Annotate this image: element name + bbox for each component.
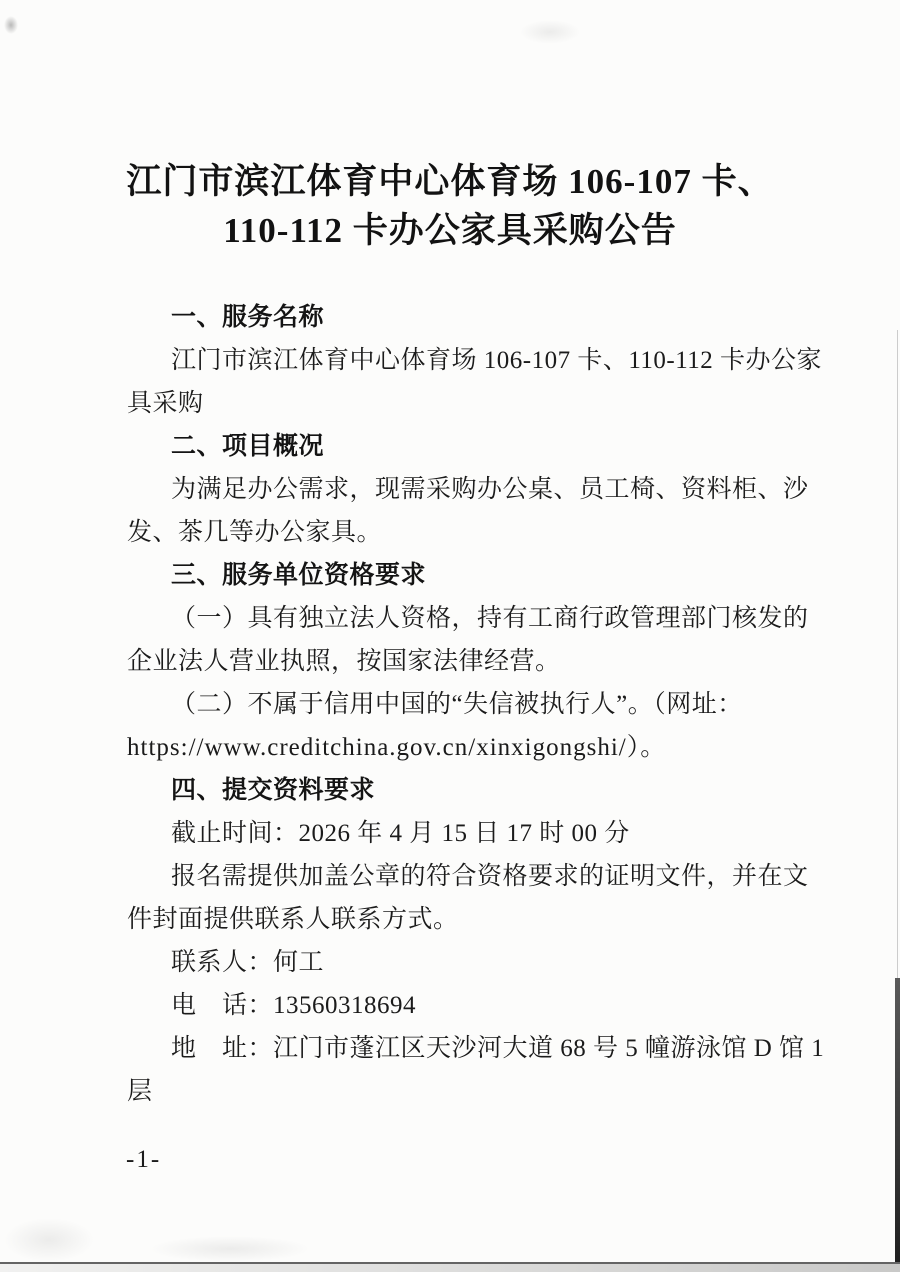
- scanned-document-page: 江门市滨江体育中心体育场 106-107 卡、 110-112 卡办公家具采购公…: [0, 0, 900, 1272]
- section-heading-service-name: 一、服务名称: [127, 296, 795, 339]
- scan-right-edge-hairline: [897, 330, 898, 980]
- page-number: -1-: [126, 1145, 161, 1175]
- service-name-text-line-1: 江门市滨江体育中心体育场 106-107 卡、110-112 卡办公家: [127, 339, 795, 382]
- contact-address-line-1: 地 址：江门市蓬江区天沙河大道 68 号 5 幢游泳馆 D 馆 1: [127, 1027, 795, 1070]
- scan-smudge: [4, 16, 18, 34]
- scan-right-edge-shadow: [895, 978, 900, 1264]
- section-heading-project-overview: 二、项目概况: [127, 425, 795, 468]
- document-title-line-1: 江门市滨江体育中心体育场 106-107 卡、: [0, 157, 900, 206]
- qualification-item-1-line-1: （一）具有独立法人资格，持有工商行政管理部门核发的: [127, 597, 795, 640]
- contact-phone-text: 电 话：13560318694: [127, 984, 795, 1027]
- scan-smudge: [4, 1218, 94, 1262]
- scan-smudge: [150, 1236, 310, 1262]
- submission-requirement-line-1: 报名需提供加盖公章的符合资格要求的证明文件，并在文: [127, 855, 795, 898]
- qualification-item-2-line-1: （二）不属于信用中国的“失信被执行人”。（网址：: [127, 683, 795, 726]
- contact-address-line-2: 层: [127, 1070, 795, 1113]
- service-name-text-line-2: 具采购: [127, 382, 795, 425]
- submission-requirement-line-2: 件封面提供联系人联系方式。: [127, 898, 795, 941]
- project-overview-line-1: 为满足办公需求，现需采购办公桌、员工椅、资料柜、沙: [127, 468, 795, 511]
- document-title-line-2: 110-112 卡办公家具采购公告: [0, 206, 900, 255]
- qualification-item-1-line-2: 企业法人营业执照，按国家法律经营。: [127, 640, 795, 683]
- section-heading-qualifications: 三、服务单位资格要求: [127, 554, 795, 597]
- scan-smudge: [520, 20, 580, 44]
- contact-person-text: 联系人：何工: [127, 941, 795, 984]
- project-overview-line-2: 发、茶几等办公家具。: [127, 511, 795, 554]
- scan-bottom-edge-strip: [0, 1264, 900, 1272]
- document-title: 江门市滨江体育中心体育场 106-107 卡、 110-112 卡办公家具采购公…: [0, 157, 900, 255]
- document-body: 一、服务名称 江门市滨江体育中心体育场 106-107 卡、110-112 卡办…: [127, 296, 795, 1113]
- section-heading-submission: 四、提交资料要求: [127, 769, 795, 812]
- credit-china-url-text: https://www.creditchina.gov.cn/xinxigong…: [127, 726, 795, 769]
- deadline-text: 截止时间：2026 年 4 月 15 日 17 时 00 分: [127, 812, 795, 855]
